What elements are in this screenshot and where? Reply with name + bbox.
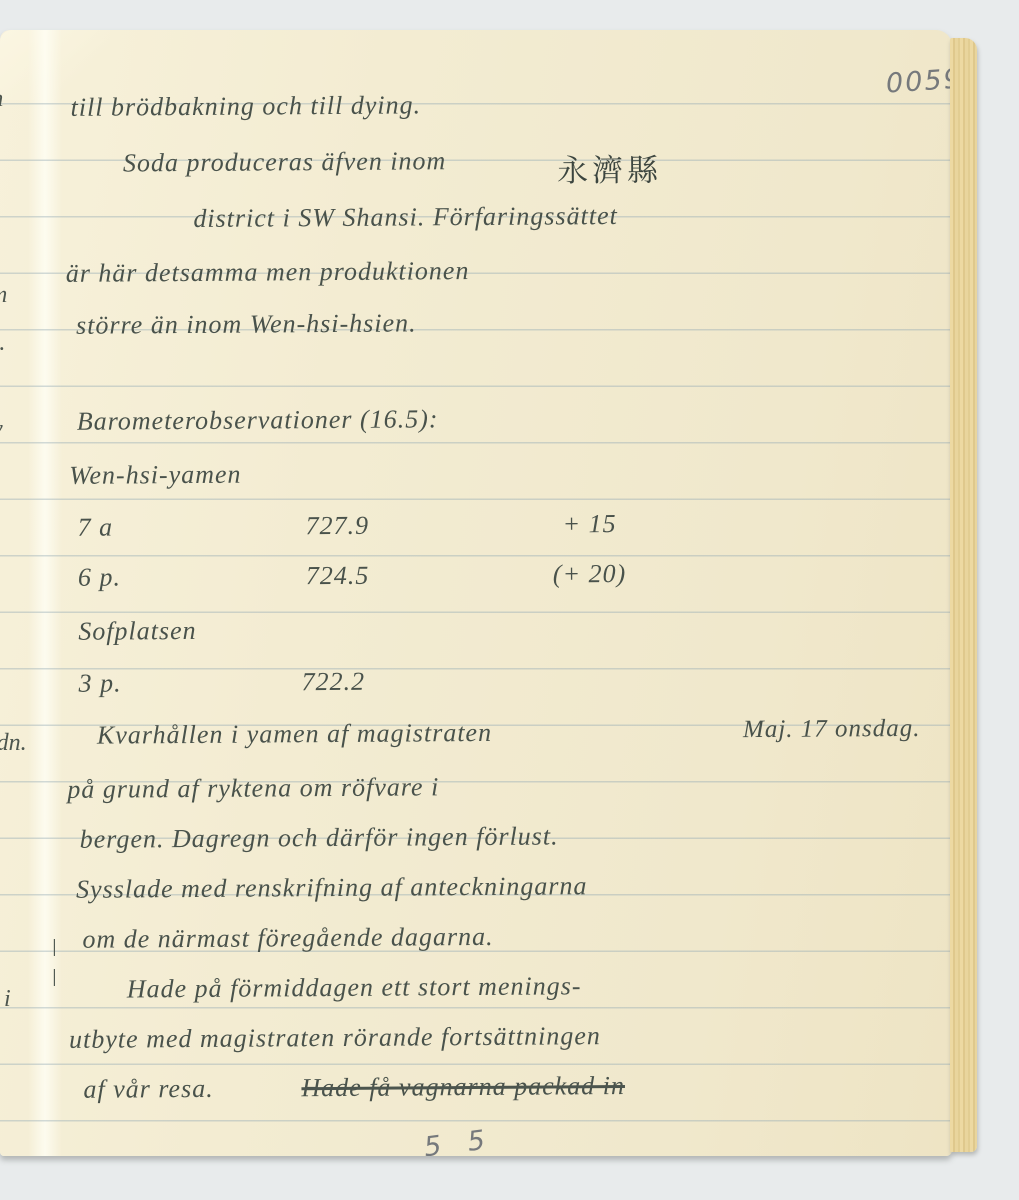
handwriting-segment: 724.5 [306, 561, 370, 591]
handwriting-line: om de närmast föregående dagarna. [2, 919, 954, 972]
handwriting-segment: större än inom Wen-hsi-hsien. [76, 308, 417, 340]
handwriting-segment: bergen. Dagregn och därför ingen förlust… [80, 821, 559, 854]
handwriting-segment: Sofplatsen [78, 616, 197, 647]
handwriting-segment: Sysslade med renskrifning af anteckninga… [76, 871, 588, 905]
handwriting-segment: 722.2 [302, 667, 366, 697]
handwriting-line: af vår resa.Hade få vagnarna packad in [3, 1069, 955, 1122]
handwriting-line: Barometerobservationer (16.5): [0, 401, 951, 454]
handwriting-segment: 3 p. [79, 668, 122, 698]
edge-ink-fragment: lundn. [0, 730, 27, 757]
edge-ink-fragment: tt. [0, 330, 5, 357]
edge-ink-fragment: ǀ [52, 966, 57, 993]
handwriting-line: utbyte med magistraten rörande fortsättn… [3, 1019, 955, 1072]
handwriting-segment: utbyte med magistraten rörande fortsättn… [69, 1021, 601, 1055]
handwriting-line: på grund af ryktena om röfvare i [1, 769, 953, 822]
handwriting-line: Sysslade med renskrifning af anteckninga… [2, 869, 954, 922]
handwriting-segment: Kvarhållen i yamen af magistraten [97, 718, 492, 751]
handwriting-segment: om de närmast föregående dagarna. [82, 922, 493, 955]
handwriting-line: till brödbakning och till dying. [0, 87, 949, 140]
handwriting-line: bergen. Dagregn och därför ingen förlust… [2, 819, 954, 872]
edge-ink-fragment: i [4, 986, 11, 1013]
handwriting-line: Hade på förmiddagen ett stort menings- [3, 969, 955, 1022]
edge-ink-fragment: y [0, 416, 3, 443]
handwritten-text-block: till brödbakning och till dying.Soda pro… [0, 27, 956, 1160]
handwriting-segment: är här detsamma men produktionen [66, 256, 470, 289]
handwriting-line: Sofplatsen [0, 611, 952, 664]
handwriting-line: Kvarhållen i yamen af magistratenMaj. 17… [1, 715, 953, 768]
chinese-characters: 永濟縣 [557, 145, 662, 191]
edge-ink-fragment: m [0, 282, 7, 309]
handwriting-segment: 727.9 [305, 511, 369, 541]
handwriting-segment: 6 p. [78, 562, 121, 592]
handwriting-line: Wen-hsi-yamen [0, 455, 951, 508]
struck-through-text: Hade få vagnarna packad in [301, 1071, 625, 1103]
handwriting-line: 6 p.724.5(+ 20) [0, 557, 952, 610]
handwriting-line: 3 p.722.2 [1, 663, 953, 716]
notebook-page: till brödbakning och till dying.Soda pro… [0, 30, 952, 1156]
page-stack-edge [950, 38, 977, 1152]
edge-ink-fragment: ǀ [52, 936, 57, 963]
diary-date: Maj. 17 onsdag. [743, 715, 921, 744]
handwriting-segment: (+ 20) [553, 559, 627, 590]
edge-ink-fragment: m [0, 86, 3, 113]
scanned-notebook-photo: { "meta": { "archive_page_number": "0059… [0, 0, 1019, 1200]
handwriting-segment: till brödbakning och till dying. [70, 90, 421, 122]
handwriting-line: district i SW Shansi. Förfaringssättet [0, 199, 950, 252]
handwriting-segment: Soda produceras äfven inom [123, 146, 446, 178]
handwriting-segment: + 15 [562, 509, 616, 539]
handwriting-segment: af vår resa. [83, 1074, 213, 1105]
handwriting-segment: 7 a [77, 513, 113, 543]
handwriting-segment: på grund af ryktena om röfvare i [67, 772, 439, 805]
handwriting-segment: district i SW Shansi. Förfaringssättet [193, 201, 618, 234]
handwriting-line: 7 a727.9+ 15 [0, 507, 952, 560]
handwriting-segment: Hade på förmiddagen ett stort menings- [127, 971, 582, 1004]
handwriting-line: större än inom Wen-hsi-hsien. [0, 305, 950, 358]
handwriting-line: är här detsamma men produktionen [0, 253, 950, 306]
handwriting-segment: Wen-hsi-yamen [69, 460, 242, 491]
handwriting-line: Soda produceras äfven inom永濟縣 [0, 143, 949, 196]
handwriting-segment: Barometerobservationer (16.5): [77, 404, 439, 437]
